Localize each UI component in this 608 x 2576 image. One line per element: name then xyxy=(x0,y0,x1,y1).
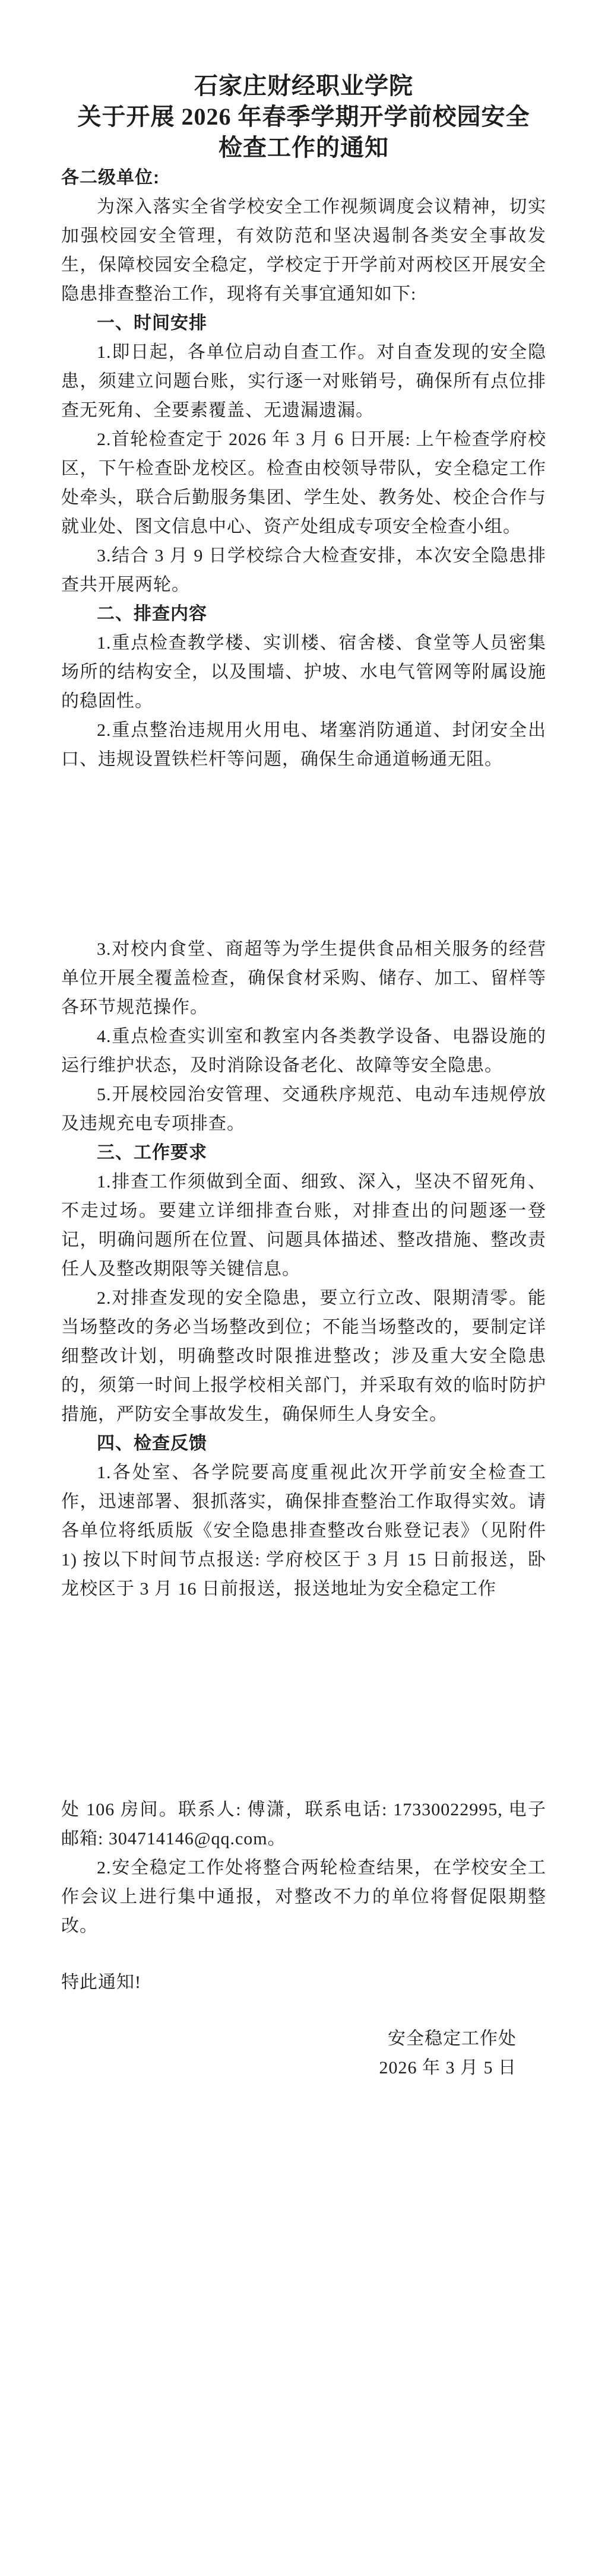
salutation: 各二级单位: xyxy=(61,163,546,192)
section-heading-feedback: 四、检查反馈 xyxy=(61,1429,546,1458)
intro-paragraph: 为深入落实全省学校安全工作视频调度会议精神，切实加强校园安全管理，有效防范和坚决… xyxy=(61,192,546,309)
section-heading-requirements: 三、工作要求 xyxy=(61,1138,546,1167)
signature-date: 2026 年 3 月 5 日 xyxy=(61,2053,517,2082)
scope-item-4: 4.重点检查实训室和教室内各类教学设备、电器设施的运行维护状态，及时消除设备老化… xyxy=(61,1022,546,1080)
time-item-2: 2.首轮检查定于 2026 年 3 月 6 日开展: 上午检查学府校区，下午检查… xyxy=(61,425,546,541)
scope-item-5: 5.开展校园治安管理、交通秩序规范、电动车违规停放及违规充电专项排查。 xyxy=(61,1080,546,1138)
signature-department: 安全稳定工作处 xyxy=(61,2024,517,2053)
notice-document: 石家庄财经职业学院 关于开展 2026 年春季学期开学前校园安全 检查工作的通知… xyxy=(0,0,608,2576)
section-heading-scope: 二、排查内容 xyxy=(61,599,546,628)
feedback-item-1-part-2: 处 106 房间。联系人: 傅潇，联系电话: 17330022995, 电子邮箱… xyxy=(61,1795,546,1853)
scope-item-1: 1.重点检查教学楼、实训楼、宿舍楼、食堂等人员密集场所的结构安全，以及围墙、护坡… xyxy=(61,628,546,716)
closing-line: 特此通知! xyxy=(61,1968,546,1997)
scope-item-3: 3.对校内食堂、商超等为学生提供食品相关服务的经营单位开展全覆盖检查，确保食材采… xyxy=(61,935,546,1022)
requirements-item-2: 2.对排查发现的安全隐患，要立行立改、限期清零。能当场整改的务必当场整改到位；不… xyxy=(61,1284,546,1429)
notice-screenshot: { "colors": { "page_background": "#fffff… xyxy=(0,0,608,2576)
requirements-item-1: 1.排查工作须做到全面、细致、深入，坚决不留死角、不走过场。要建立详细排查台账，… xyxy=(61,1167,546,1284)
signature-block: 安全稳定工作处 2026 年 3 月 5 日 xyxy=(61,2024,546,2082)
title-line-1: 石家庄财经职业学院 xyxy=(61,71,546,101)
title-line-2: 关于开展 2026 年春季学期开学前校园安全 xyxy=(61,101,546,132)
page-2: 3.对校内食堂、商超等为学生提供食品相关服务的经营单位开展全覆盖检查，确保食材采… xyxy=(0,859,608,1717)
page-3: 处 106 房间。联系人: 傅潇，联系电话: 17330022995, 电子邮箱… xyxy=(0,1717,608,2576)
feedback-item-1-part-1: 1.各处室、各学院要高度重视此次开学前安全检查工作，迅速部署、狠抓落实，确保排查… xyxy=(61,1458,546,1603)
notice-title: 石家庄财经职业学院 关于开展 2026 年春季学期开学前校园安全 检查工作的通知 xyxy=(61,71,546,163)
page-1: 石家庄财经职业学院 关于开展 2026 年春季学期开学前校园安全 检查工作的通知… xyxy=(0,0,608,859)
title-line-3: 检查工作的通知 xyxy=(61,132,546,163)
scope-item-2: 2.重点整治违规用火用电、堵塞消防通道、封闭安全出口、违规设置铁栏杆等问题，确保… xyxy=(61,716,546,774)
time-item-3: 3.结合 3 月 9 日学校综合大检查安排，本次安全隐患排查共开展两轮。 xyxy=(61,541,546,599)
feedback-item-2: 2.安全稳定工作处将整合两轮检查结果，在学校安全工作会议上进行集中通报，对整改不… xyxy=(61,1853,546,1940)
time-item-1: 1.即日起，各单位启动自查工作。对自查发现的安全隐患，须建立问题台账，实行逐一对… xyxy=(61,338,546,425)
section-heading-time: 一、时间安排 xyxy=(61,309,546,338)
